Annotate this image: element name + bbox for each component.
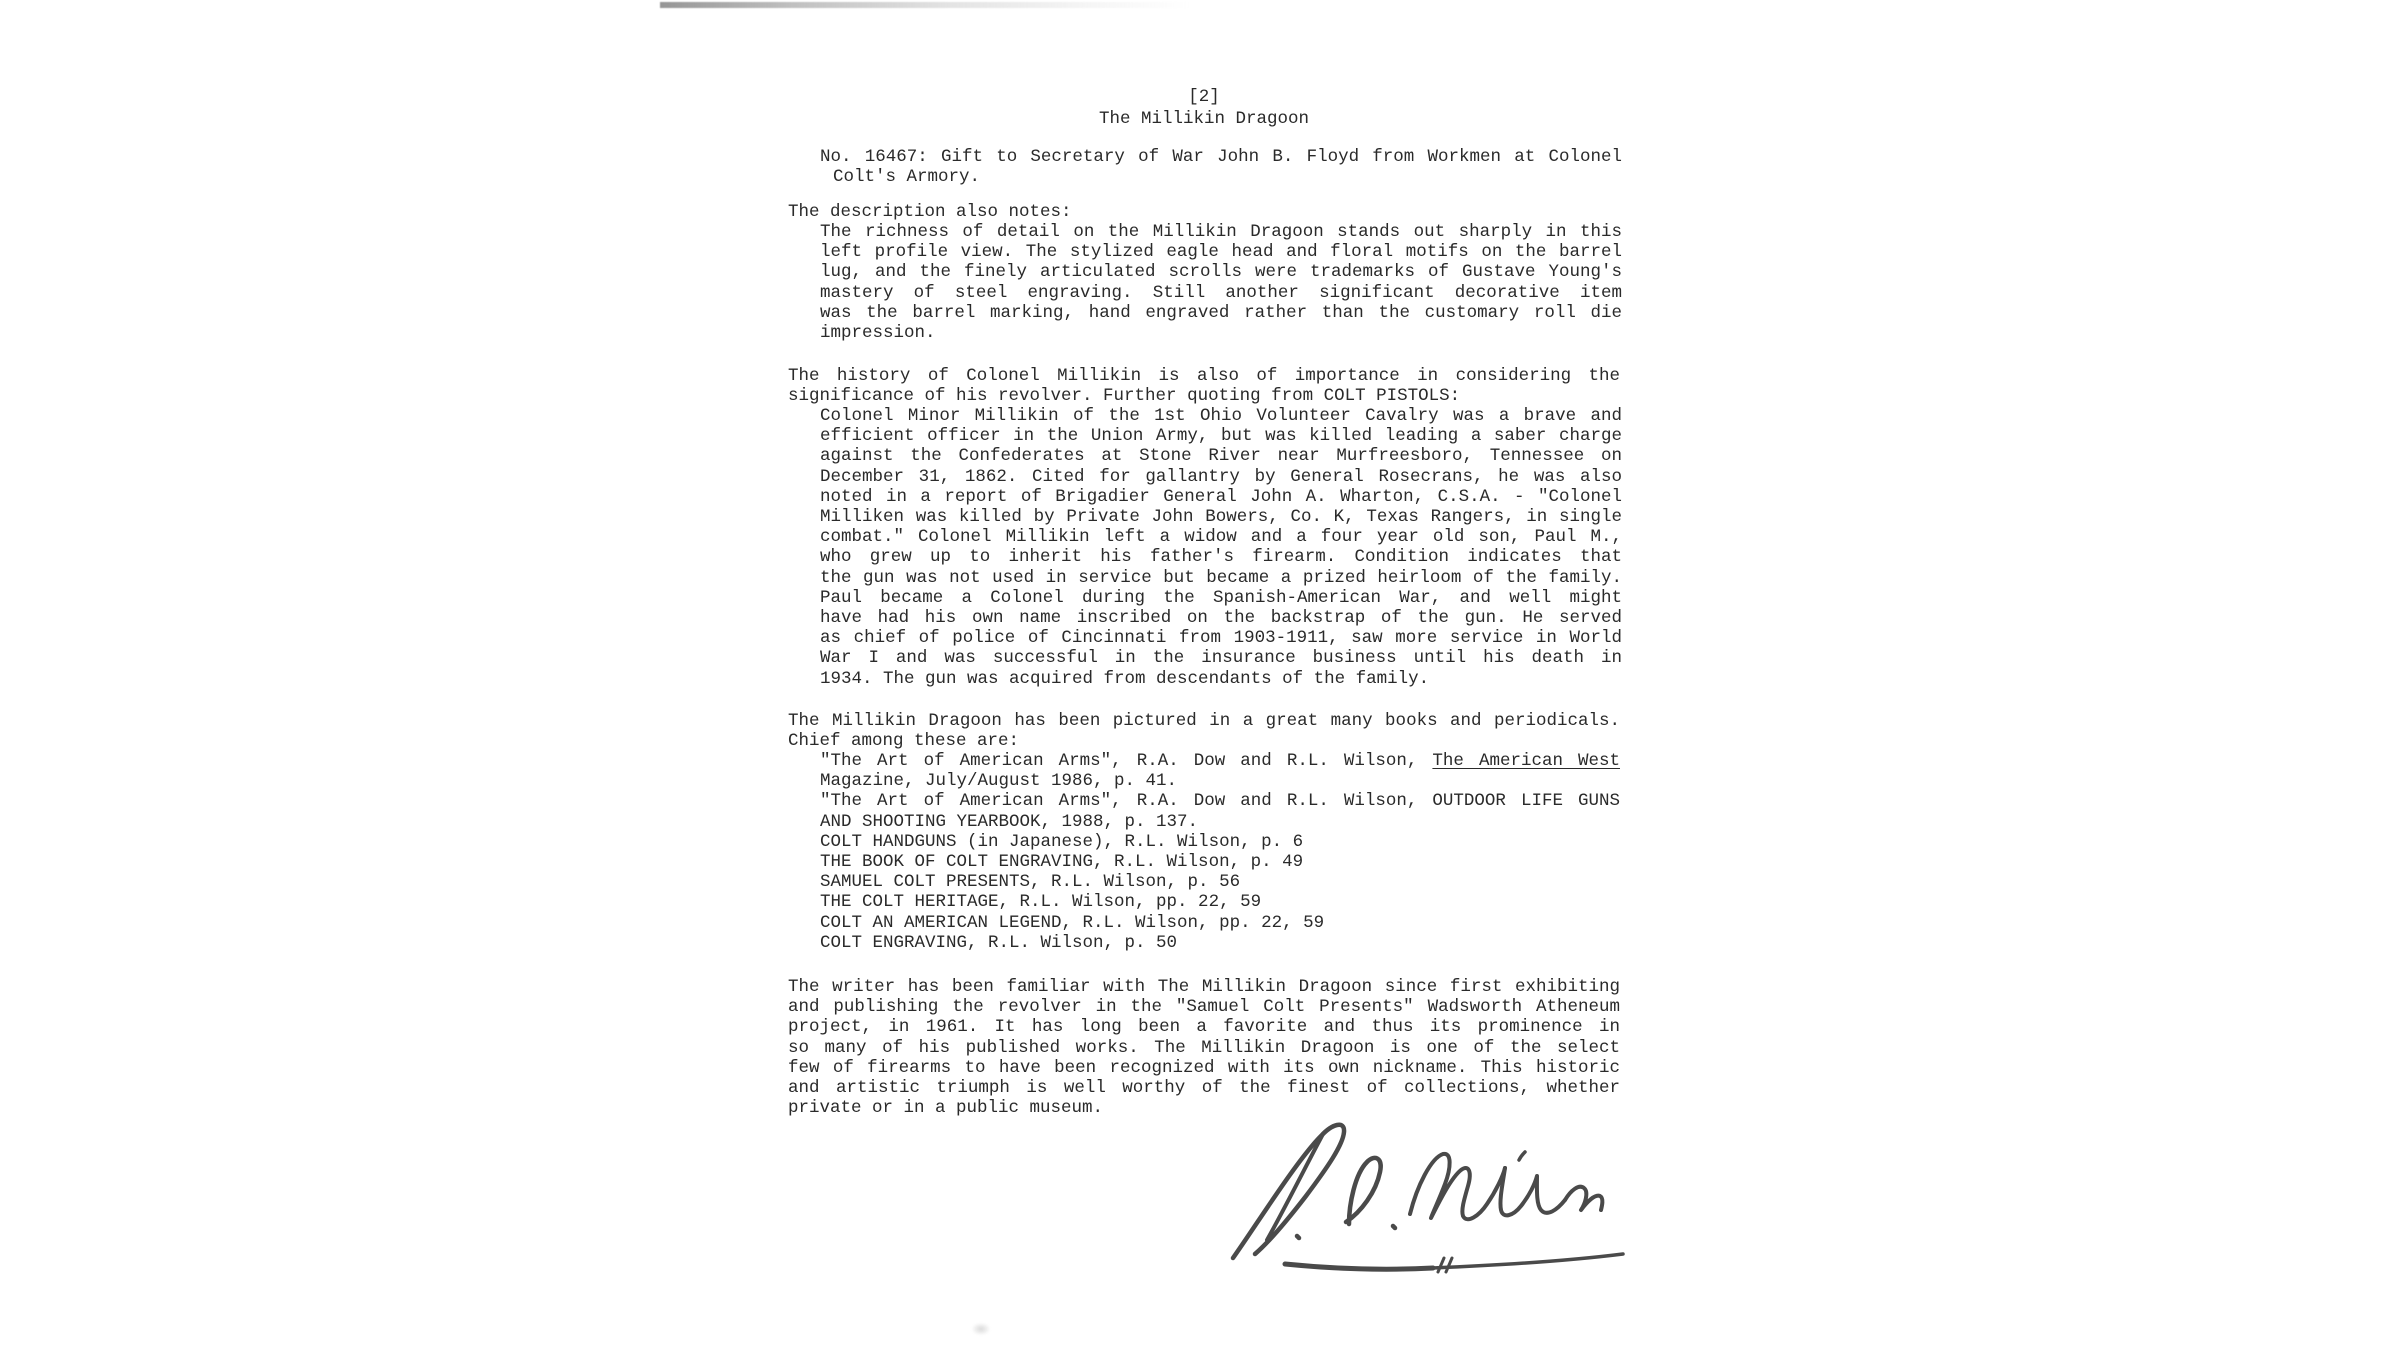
text-line: Chief among these are: <box>788 731 1620 751</box>
text-line: "The Art of American Arms", R.A. Dow and… <box>820 791 1620 811</box>
document-scan: [2] The Millikin Dragoon No. 16467: Gift… <box>0 0 2400 1350</box>
bibliography-list: "The Art of American Arms", R.A. Dow and… <box>820 751 1620 953</box>
text-line: Colt's Armory. <box>833 167 1622 187</box>
page-number: [2] <box>788 86 1620 108</box>
paper-speck <box>972 1323 990 1335</box>
text-line: Milliken was killed by Private John Bowe… <box>820 507 1622 527</box>
text-line: Paul became a Colonel during the Spanish… <box>820 588 1622 608</box>
description-heading: The description also notes: <box>788 202 1620 222</box>
item-note: No. 16467: Gift to Secretary of War John… <box>820 147 1622 187</box>
text-line: War I and was successful in the insuranc… <box>820 648 1622 668</box>
text-line: was the barrel marking, hand engraved ra… <box>820 303 1622 323</box>
text-line: SAMUEL COLT PRESENTS, R.L. Wilson, p. 56 <box>820 872 1620 892</box>
text-line: Magazine, July/August 1986, p. 41. <box>820 771 1620 791</box>
text-line: The description also notes: <box>788 202 1620 222</box>
history-intro: The history of Colonel Millikin is also … <box>788 366 1620 406</box>
document-title: The Millikin Dragoon <box>788 108 1620 130</box>
text-line: mastery of steel engraving. Still anothe… <box>820 283 1622 303</box>
text-line: so many of his published works. The Mill… <box>788 1038 1620 1058</box>
text-line: as chief of police of Cincinnati from 19… <box>820 628 1622 648</box>
text-line: The richness of detail on the Millikin D… <box>820 222 1622 242</box>
text-line: lug, and the finely articulated scrolls … <box>820 262 1622 282</box>
text-line: 1934. The gun was acquired from descenda… <box>820 669 1622 689</box>
text-line: The Millikin Dragoon has been pictured i… <box>788 711 1620 731</box>
text-line: against the Confederates at Stone River … <box>820 446 1622 466</box>
signature <box>1205 1112 1645 1302</box>
text-line: significance of his revolver. Further qu… <box>788 386 1620 406</box>
text-line: have had his own name inscribed on the b… <box>820 608 1622 628</box>
text-line: efficient officer in the Union Army, but… <box>820 426 1622 446</box>
history-quote: Colonel Minor Millikin of the 1st Ohio V… <box>820 406 1622 689</box>
text-line: THE BOOK OF COLT ENGRAVING, R.L. Wilson,… <box>820 852 1620 872</box>
description-quote: The richness of detail on the Millikin D… <box>820 222 1622 343</box>
text-line: THE COLT HERITAGE, R.L. Wilson, pp. 22, … <box>820 892 1620 912</box>
scan-smudge <box>660 2 1190 8</box>
text-line: "The Art of American Arms", R.A. Dow and… <box>820 751 1620 771</box>
text-line: combat." Colonel Millikin left a widow a… <box>820 527 1622 547</box>
text-line: project, in 1961. It has long been a fav… <box>788 1017 1620 1037</box>
text-line: Colonel Minor Millikin of the 1st Ohio V… <box>820 406 1622 426</box>
text-line: AND SHOOTING YEARBOOK, 1988, p. 137. <box>820 812 1620 832</box>
text-line: December 31, 1862. Cited for gallantry b… <box>820 467 1622 487</box>
text-line: impression. <box>820 323 1622 343</box>
text-line: the gun was not used in service but beca… <box>820 568 1622 588</box>
text-line: The writer has been familiar with The Mi… <box>788 977 1620 997</box>
text-line: COLT ENGRAVING, R.L. Wilson, p. 50 <box>820 933 1620 953</box>
text-line: COLT HANDGUNS (in Japanese), R.L. Wilson… <box>820 832 1620 852</box>
text-line: few of firearms to have been recognized … <box>788 1058 1620 1078</box>
text-line: and publishing the revolver in the "Samu… <box>788 997 1620 1017</box>
text-line: No. 16467: Gift to Secretary of War John… <box>820 147 1622 167</box>
text-line: The history of Colonel Millikin is also … <box>788 366 1620 386</box>
bibliography-intro: The Millikin Dragoon has been pictured i… <box>788 711 1620 751</box>
text-line: noted in a report of Brigadier General J… <box>820 487 1622 507</box>
text-line: COLT AN AMERICAN LEGEND, R.L. Wilson, pp… <box>820 913 1620 933</box>
text-line: who grew up to inherit his father's fire… <box>820 547 1622 567</box>
closing-paragraph: The writer has been familiar with The Mi… <box>788 977 1620 1118</box>
page-header: [2] The Millikin Dragoon <box>788 86 1620 130</box>
text-line: and artistic triumph is well worthy of t… <box>788 1078 1620 1098</box>
text-line: left profile view. The stylized eagle he… <box>820 242 1622 262</box>
signature-handwriting-r-l-wilson <box>1205 1112 1645 1302</box>
